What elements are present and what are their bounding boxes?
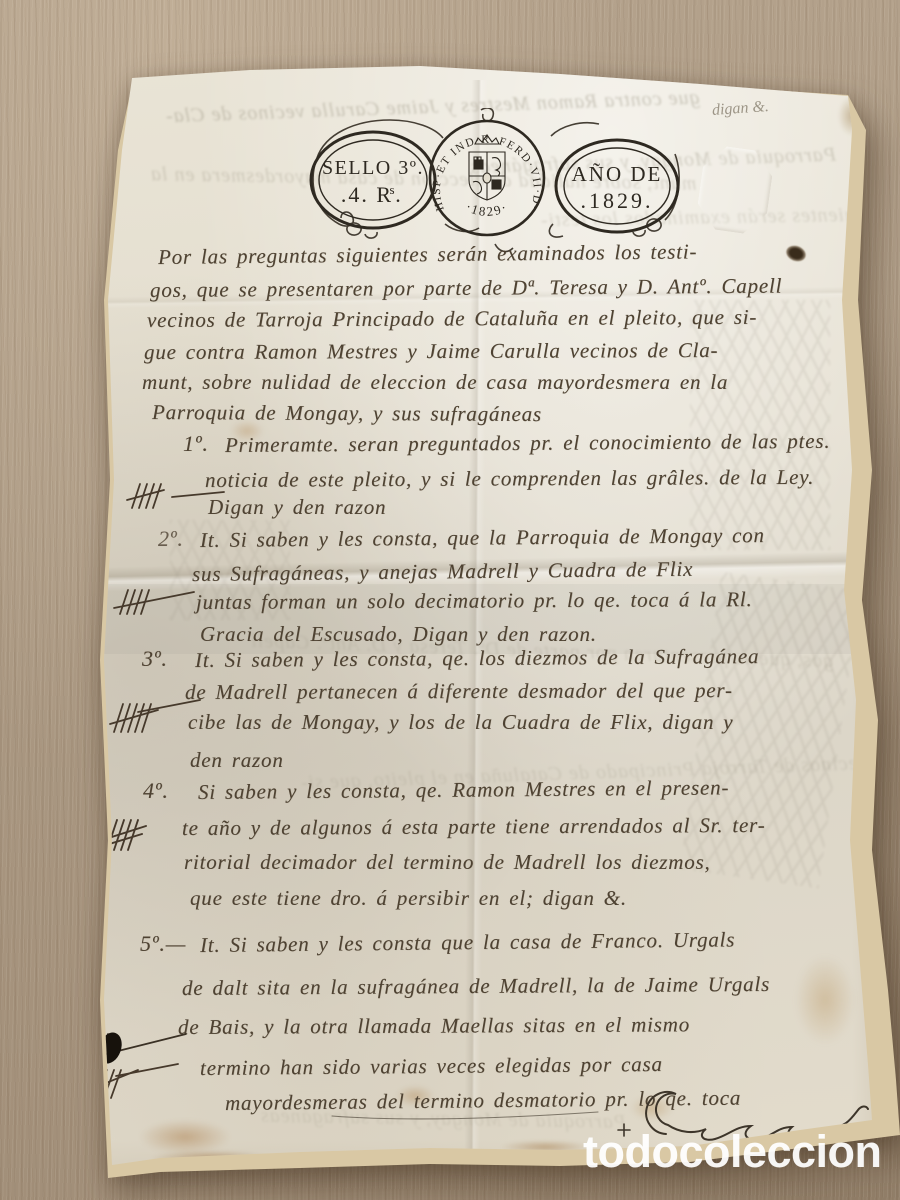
manuscript-line: noticia de este pleito, y si le comprend… bbox=[205, 467, 814, 491]
manuscript-line: te año y de algunos á esta parte tiene a… bbox=[182, 815, 766, 839]
manuscript-line: Por las preguntas siguientes serán exami… bbox=[158, 241, 697, 268]
manuscript-line: cibe las de Mongay, y los de la Cuadra d… bbox=[188, 712, 733, 733]
age-stain bbox=[795, 955, 855, 1045]
tally-mark-icon bbox=[112, 586, 202, 620]
manuscript-line: de Madrell pertanecen á diferente desmad… bbox=[185, 680, 733, 703]
manuscript-line: Gracia del Escusado, Digan y den razon. bbox=[200, 624, 597, 645]
revenue-stamp: SELLO 3º. .4. R s . HISP·ET IND·R bbox=[295, 108, 700, 256]
manuscript-line: It. Si saben y les consta, que la Parroq… bbox=[200, 525, 765, 551]
manuscript-line: Si saben y les consta, qe. Ramon Mestres… bbox=[198, 777, 729, 803]
svg-text:·1829·: ·1829· bbox=[463, 199, 510, 219]
manuscript-line: de dalt sita en la sufragánea de Madrell… bbox=[182, 974, 770, 999]
stamp-right-oval: AÑO DE .1829. bbox=[556, 140, 678, 232]
faded-text-fragment: digan &. bbox=[711, 98, 769, 120]
manuscript-line: termino han sido varias veces elegidas p… bbox=[200, 1054, 663, 1079]
manuscript-line: vecinos de Tarroja Principado de Cataluñ… bbox=[147, 307, 757, 331]
tally-mark-icon bbox=[124, 480, 234, 514]
stamp-left-oval: SELLO 3º. .4. R s . bbox=[311, 132, 435, 228]
document: gue contra Ramon Mestres y Jaime Carulla… bbox=[0, 0, 900, 1200]
age-stain bbox=[140, 1120, 230, 1154]
item-number: 5º.— bbox=[140, 933, 186, 955]
manuscript-line: de Bais, y la otra llamada Maellas sitas… bbox=[178, 1014, 690, 1038]
manuscript-line: It. Si saben y les consta, qe. los diezm… bbox=[195, 646, 759, 671]
photo-scene: gue contra Ramon Mestres y Jaime Carulla… bbox=[0, 0, 900, 1200]
stamp-reales-dot: . bbox=[395, 182, 401, 207]
tally-mark-icon bbox=[82, 1058, 192, 1104]
manuscript-line: Primeramte. seran preguntados pr. el con… bbox=[225, 431, 830, 456]
manuscript-line: munt, sobre nulidad de eleccion de casa … bbox=[142, 372, 728, 393]
manuscript-line: juntas forman un solo decimatorio pr. lo… bbox=[196, 589, 753, 613]
manuscript-line: Digan y den razon bbox=[208, 497, 386, 518]
stamp-year-text: .1829. bbox=[581, 188, 654, 213]
manuscript-line: ritorial decimador del termino de Madrel… bbox=[184, 852, 711, 873]
manuscript-page: gue contra Ramon Mestres y Jaime Carulla… bbox=[0, 0, 900, 1200]
stamp-reales-text: .4. R bbox=[341, 182, 393, 207]
manuscript-line: sus Sufragáneas, y anejas Madrell y Cuad… bbox=[192, 559, 693, 585]
item-number: 1º. bbox=[183, 433, 209, 455]
stamp-sello-text: SELLO 3º. bbox=[322, 157, 424, 179]
manuscript-line: gue contra Ramon Mestres y Jaime Carulla… bbox=[144, 340, 718, 363]
manuscript-line: que este tiene dro. á persibir en el; di… bbox=[190, 888, 627, 909]
manuscript-line: It. Si saben y les consta que la casa de… bbox=[200, 929, 735, 956]
seal-year: ·1829· bbox=[463, 199, 510, 219]
item-number: 3º. bbox=[142, 648, 168, 670]
item-number: 2º. bbox=[158, 528, 184, 550]
manuscript-line: Parroquia de Mongay, y sus sufragáneas bbox=[152, 402, 542, 425]
manuscript-line: gos, que se presentaren por parte de Dª.… bbox=[150, 276, 782, 301]
watermark-text: todocoleccion bbox=[583, 1126, 882, 1178]
ink-stain bbox=[784, 243, 808, 264]
tally-mark-icon bbox=[108, 698, 208, 738]
stamp-reales-sup: s bbox=[389, 182, 394, 197]
manuscript-line: den razon bbox=[190, 750, 284, 771]
stamp-ano-de-text: AÑO DE bbox=[572, 162, 663, 186]
embossed-seal bbox=[694, 144, 775, 237]
item-number: 4º. bbox=[143, 780, 169, 802]
